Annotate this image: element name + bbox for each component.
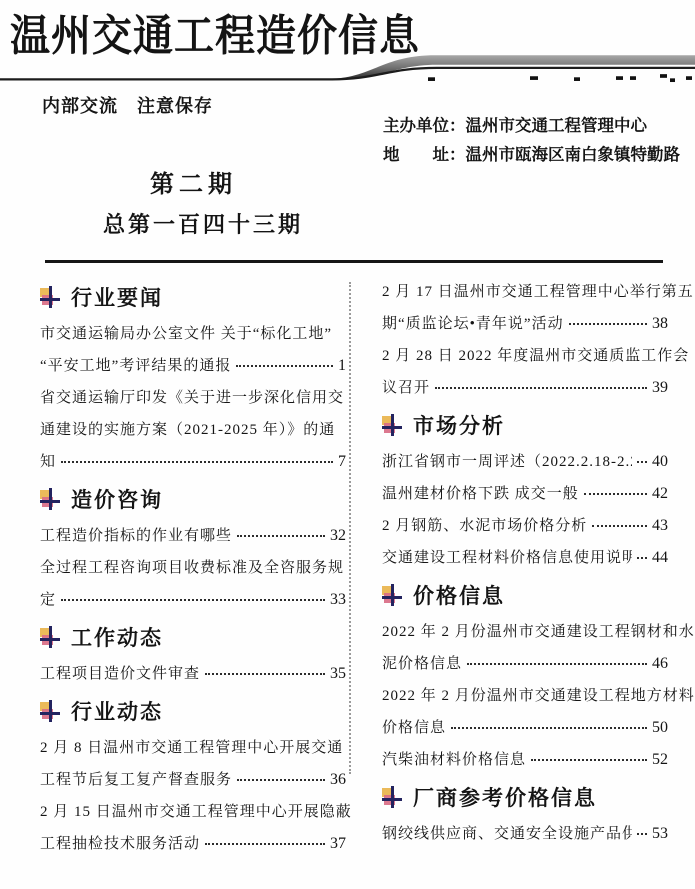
toc-entry-line: 市交通运输局办公室文件 关于“标化工地” — [40, 318, 346, 350]
notice-text: 内部交流 注意保存 — [42, 92, 213, 118]
dot-leader — [236, 355, 333, 367]
organizer-line: 主办单位：温州市交通工程管理中心 — [383, 112, 680, 141]
toc-top-rule — [45, 260, 663, 263]
toc-entry: 2 月钢筋、水泥市场价格分析43 — [382, 510, 668, 542]
toc-entry-line: 泥价格信息46 — [382, 648, 668, 680]
page-number: 33 — [330, 584, 346, 616]
toc-entry-line: “平安工地”考评结果的通报1 — [40, 350, 346, 382]
page-number: 32 — [330, 520, 346, 552]
toc-entry-line: 定33 — [40, 584, 346, 616]
toc-entry-text: 泥价格信息 — [382, 648, 462, 680]
dot-leader — [205, 833, 325, 845]
sparkle-bullet-icon — [382, 584, 402, 606]
toc-entry-line: 交通建设工程材料价格信息使用说明44 — [382, 542, 668, 574]
toc-entry: 汽柴油材料价格信息52 — [382, 744, 668, 776]
toc-entry-line: 2 月 28 日 2022 年度温州市交通质监工作会 — [382, 340, 668, 372]
page-number: 53 — [652, 818, 668, 850]
toc-entry-text: 期“质监论坛•青年说”活动 — [382, 308, 564, 340]
dot-leader — [569, 313, 647, 325]
dot-leader — [592, 515, 647, 527]
page-number: 52 — [652, 744, 668, 776]
toc-entry-line: 2 月钢筋、水泥市场价格分析43 — [382, 510, 668, 542]
page-number: 35 — [330, 658, 346, 690]
sparkle-bullet-icon — [40, 286, 60, 308]
page-number: 40 — [652, 446, 668, 478]
toc-entry-text: 浙江省钢市一周评述（2022.2.18-2.25） — [382, 446, 632, 478]
dot-leader — [637, 823, 647, 835]
page-number: 42 — [652, 478, 668, 510]
toc-entry-text: 工程造价指标的作业有哪些 — [40, 520, 232, 552]
swoosh-graphic — [0, 50, 695, 92]
toc-left-column: 行业要闻市交通运输局办公室文件 关于“标化工地”“平安工地”考评结果的通报1省交… — [40, 276, 346, 860]
toc-entry-line: 浙江省钢市一周评述（2022.2.18-2.25）40 — [382, 446, 668, 478]
dot-leader — [531, 749, 647, 761]
toc-entry: 浙江省钢市一周评述（2022.2.18-2.25）40 — [382, 446, 668, 478]
newsletter-cover-page: 温州交通工程造价信息 内部交流 注意保存 主办单位：温州市交通工程管理中心 地 … — [0, 0, 695, 889]
toc-entry-text: 工程抽检技术服务活动 — [40, 828, 200, 860]
page-number: 37 — [330, 828, 346, 860]
page-number: 46 — [652, 648, 668, 680]
page-number: 38 — [652, 308, 668, 340]
sparkle-bullet-icon — [382, 786, 402, 808]
dot-leader — [61, 451, 333, 463]
toc-section-label: 工作动态 — [71, 622, 163, 652]
toc-section-header: 价格信息 — [382, 574, 668, 616]
toc-entry-text: 定 — [40, 584, 56, 616]
toc-entry-line: 工程抽检技术服务活动37 — [40, 828, 346, 860]
toc-entry-line: 2022 年 2 月份温州市交通建设工程钢材和水 — [382, 616, 668, 648]
table-of-contents: 行业要闻市交通运输局办公室文件 关于“标化工地”“平安工地”考评结果的通报1省交… — [40, 276, 668, 860]
toc-entry-text: 钢绞线供应商、交通安全设施产品供应商 — [382, 818, 632, 850]
toc-entry-text: 价格信息 — [382, 712, 446, 744]
toc-entry-line: 期“质监论坛•青年说”活动38 — [382, 308, 668, 340]
toc-entry: 2 月 8 日温州市交通工程管理中心开展交通工程节后复工复产督查服务36 — [40, 732, 346, 796]
dot-leader — [637, 547, 647, 559]
publisher-info: 主办单位：温州市交通工程管理中心 地 址：温州市瓯海区南白象镇特勤路 — [383, 112, 680, 170]
toc-section-label: 造价咨询 — [71, 484, 163, 514]
toc-entry: 市交通运输局办公室文件 关于“标化工地”“平安工地”考评结果的通报1 — [40, 318, 346, 382]
toc-section-header: 厂商参考价格信息 — [382, 776, 668, 818]
toc-entry-line: 工程节后复工复产督查服务36 — [40, 764, 346, 796]
toc-section-label: 价格信息 — [413, 580, 505, 610]
toc-entry-line: 省交通运输厅印发《关于进一步深化信用交 — [40, 382, 346, 414]
toc-entry: 2 月 28 日 2022 年度温州市交通质监工作会议召开39 — [382, 340, 668, 404]
dot-leader — [61, 589, 325, 601]
sparkle-bullet-icon — [40, 626, 60, 648]
toc-entry-line: 知7 — [40, 446, 346, 478]
toc-entry-line: 2 月 15 日温州市交通工程管理中心开展隐蔽 — [40, 796, 346, 828]
address-line: 地 址：温州市瓯海区南白象镇特勤路 — [383, 141, 680, 170]
page-number: 36 — [330, 764, 346, 796]
dot-leader — [467, 653, 647, 665]
toc-entry: 钢绞线供应商、交通安全设施产品供应商53 — [382, 818, 668, 850]
page-number: 39 — [652, 372, 668, 404]
dot-leader — [237, 769, 325, 781]
toc-entry: 2 月 15 日温州市交通工程管理中心开展隐蔽工程抽检技术服务活动37 — [40, 796, 346, 860]
toc-entry-line: 2 月 17 日温州市交通工程管理中心举行第五 — [382, 276, 668, 308]
toc-entry: 温州建材价格下跌 成交一般42 — [382, 478, 668, 510]
dot-leader — [584, 483, 647, 495]
toc-section-label: 行业要闻 — [71, 282, 163, 312]
toc-entry: 交通建设工程材料价格信息使用说明44 — [382, 542, 668, 574]
toc-entry-line: 钢绞线供应商、交通安全设施产品供应商53 — [382, 818, 668, 850]
toc-entry: 工程项目造价文件审查35 — [40, 658, 346, 690]
toc-entry-line: 通建设的实施方案（2021-2025 年）》的通 — [40, 414, 346, 446]
toc-entry: 2022 年 2 月份温州市交通建设工程钢材和水泥价格信息46 — [382, 616, 668, 680]
toc-entry-text: 交通建设工程材料价格信息使用说明 — [382, 542, 632, 574]
toc-entry: 2022 年 2 月份温州市交通建设工程地方材料价格信息50 — [382, 680, 668, 744]
toc-entry-text: 汽柴油材料价格信息 — [382, 744, 526, 776]
toc-section-header: 行业动态 — [40, 690, 346, 732]
issue-total-number: 总第一百四十三期 — [103, 208, 303, 239]
dot-leader — [451, 717, 647, 729]
toc-entry-line: 汽柴油材料价格信息52 — [382, 744, 668, 776]
dot-leader — [637, 451, 647, 463]
sparkle-bullet-icon — [40, 488, 60, 510]
toc-section-header: 造价咨询 — [40, 478, 346, 520]
toc-entry-line: 议召开39 — [382, 372, 668, 404]
toc-section-label: 市场分析 — [413, 410, 505, 440]
sparkle-bullet-icon — [40, 700, 60, 722]
page-number: 50 — [652, 712, 668, 744]
toc-entry-text: 工程项目造价文件审查 — [40, 658, 200, 690]
dot-leader — [237, 525, 325, 537]
toc-section-header: 工作动态 — [40, 616, 346, 658]
toc-section-header: 行业要闻 — [40, 276, 346, 318]
toc-entry-line: 全过程工程咨询项目收费标准及全咨服务规 — [40, 552, 346, 584]
toc-section-label: 厂商参考价格信息 — [413, 782, 597, 812]
toc-entry-line: 温州建材价格下跌 成交一般42 — [382, 478, 668, 510]
toc-entry-line: 价格信息50 — [382, 712, 668, 744]
toc-section-label: 行业动态 — [71, 696, 163, 726]
toc-entry: 2 月 17 日温州市交通工程管理中心举行第五期“质监论坛•青年说”活动38 — [382, 276, 668, 340]
toc-entry: 省交通运输厅印发《关于进一步深化信用交通建设的实施方案（2021-2025 年）… — [40, 382, 346, 478]
toc-entry-text: 知 — [40, 446, 56, 478]
toc-entry-text: 议召开 — [382, 372, 430, 404]
toc-entry: 工程造价指标的作业有哪些32 — [40, 520, 346, 552]
toc-entry-line: 工程造价指标的作业有哪些32 — [40, 520, 346, 552]
issue-number: 第二期 — [150, 164, 237, 199]
page-number: 44 — [652, 542, 668, 574]
toc-entry-line: 2022 年 2 月份温州市交通建设工程地方材料 — [382, 680, 668, 712]
page-number: 1 — [338, 350, 346, 382]
page-number: 7 — [338, 446, 346, 478]
toc-entry-line: 2 月 8 日温州市交通工程管理中心开展交通 — [40, 732, 346, 764]
toc-entry-text: 工程节后复工复产督查服务 — [40, 764, 232, 796]
toc-entry-text: 2 月钢筋、水泥市场价格分析 — [382, 510, 587, 542]
toc-entry: 全过程工程咨询项目收费标准及全咨服务规定33 — [40, 552, 346, 616]
dot-leader — [205, 663, 325, 675]
toc-section-header: 市场分析 — [382, 404, 668, 446]
dot-leader — [435, 377, 647, 389]
toc-entry-line: 工程项目造价文件审查35 — [40, 658, 346, 690]
sparkle-bullet-icon — [382, 414, 402, 436]
page-number: 43 — [652, 510, 668, 542]
toc-entry-text: 温州建材价格下跌 成交一般 — [382, 478, 579, 510]
toc-entry-text: “平安工地”考评结果的通报 — [40, 350, 231, 382]
toc-right-column: 2 月 17 日温州市交通工程管理中心举行第五期“质监论坛•青年说”活动382 … — [382, 276, 668, 850]
